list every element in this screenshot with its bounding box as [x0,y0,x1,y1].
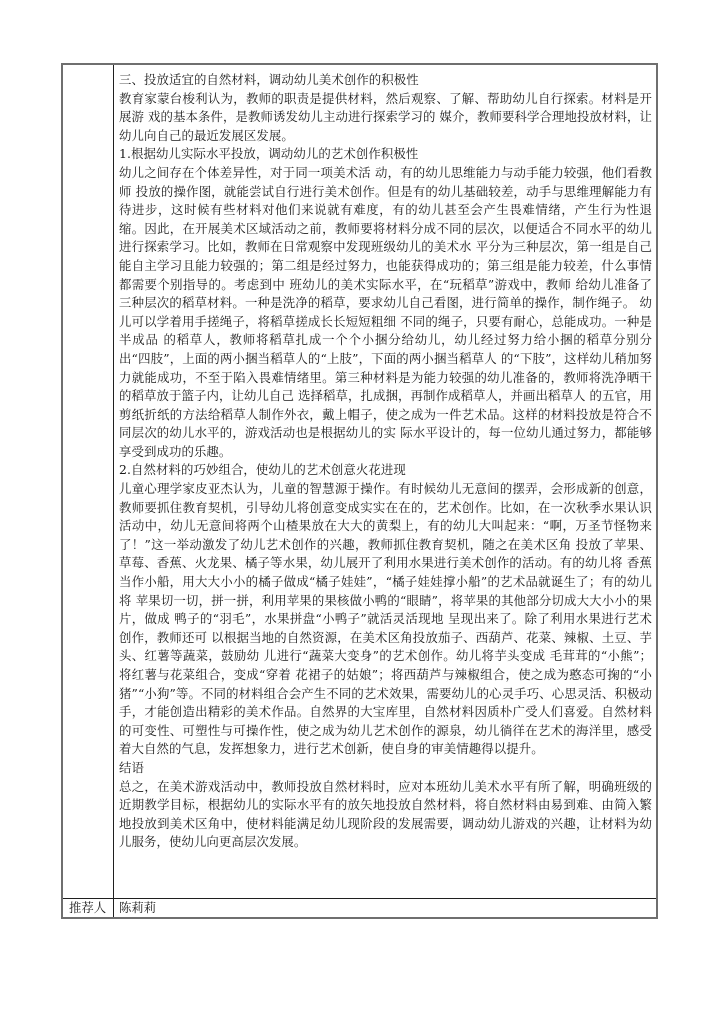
subsection-1-body: 幼儿之间存在个体差异性，对于同一项美术活 动，有的幼儿思维能力与动手能力较强，他… [119,164,652,462]
recommender-label: 推荐人 [63,899,114,917]
document-table: 三、投放适宜的自然材料，调动幼儿美术创作的积极性 教育家蒙台梭利认为，教师的职责… [61,63,658,919]
conclusion-heading: 结语 [119,759,652,778]
content-row: 三、投放适宜的自然材料，调动幼儿美术创作的积极性 教育家蒙台梭利认为，教师的职责… [63,65,656,898]
recommender-row: 推荐人 陈莉莉 [63,898,656,917]
subsection-2-heading: 2.自然材料的巧妙组合，使幼儿的艺术创意火花进现 [119,461,652,480]
main-text-cell: 三、投放适宜的自然材料，调动幼儿美术创作的积极性 教育家蒙台梭利认为，教师的职责… [114,65,656,898]
recommender-value: 陈莉莉 [114,899,656,917]
conclusion-body: 总之，在美术游戏活动中，教师投放自然材料时，应对本班幼儿美术水平有所了解，明确班… [119,778,652,852]
subsection-2-body: 儿童心理学家皮亚杰认为，儿童的智慧源于操作。有时候幼儿无意间的摆弄，会形成新的创… [119,480,652,759]
left-empty-cell [63,65,114,898]
paragraph-intro: 教育家蒙台梭利认为，教师的职责是提供材料，然后观察、了解、帮助幼儿自行探索。材料… [119,90,652,146]
subsection-1-heading: 1.根据幼儿实际水平投放，调动幼儿的艺术创作积极性 [119,145,652,164]
section-heading: 三、投放适宜的自然材料，调动幼儿美术创作的积极性 [119,71,652,90]
